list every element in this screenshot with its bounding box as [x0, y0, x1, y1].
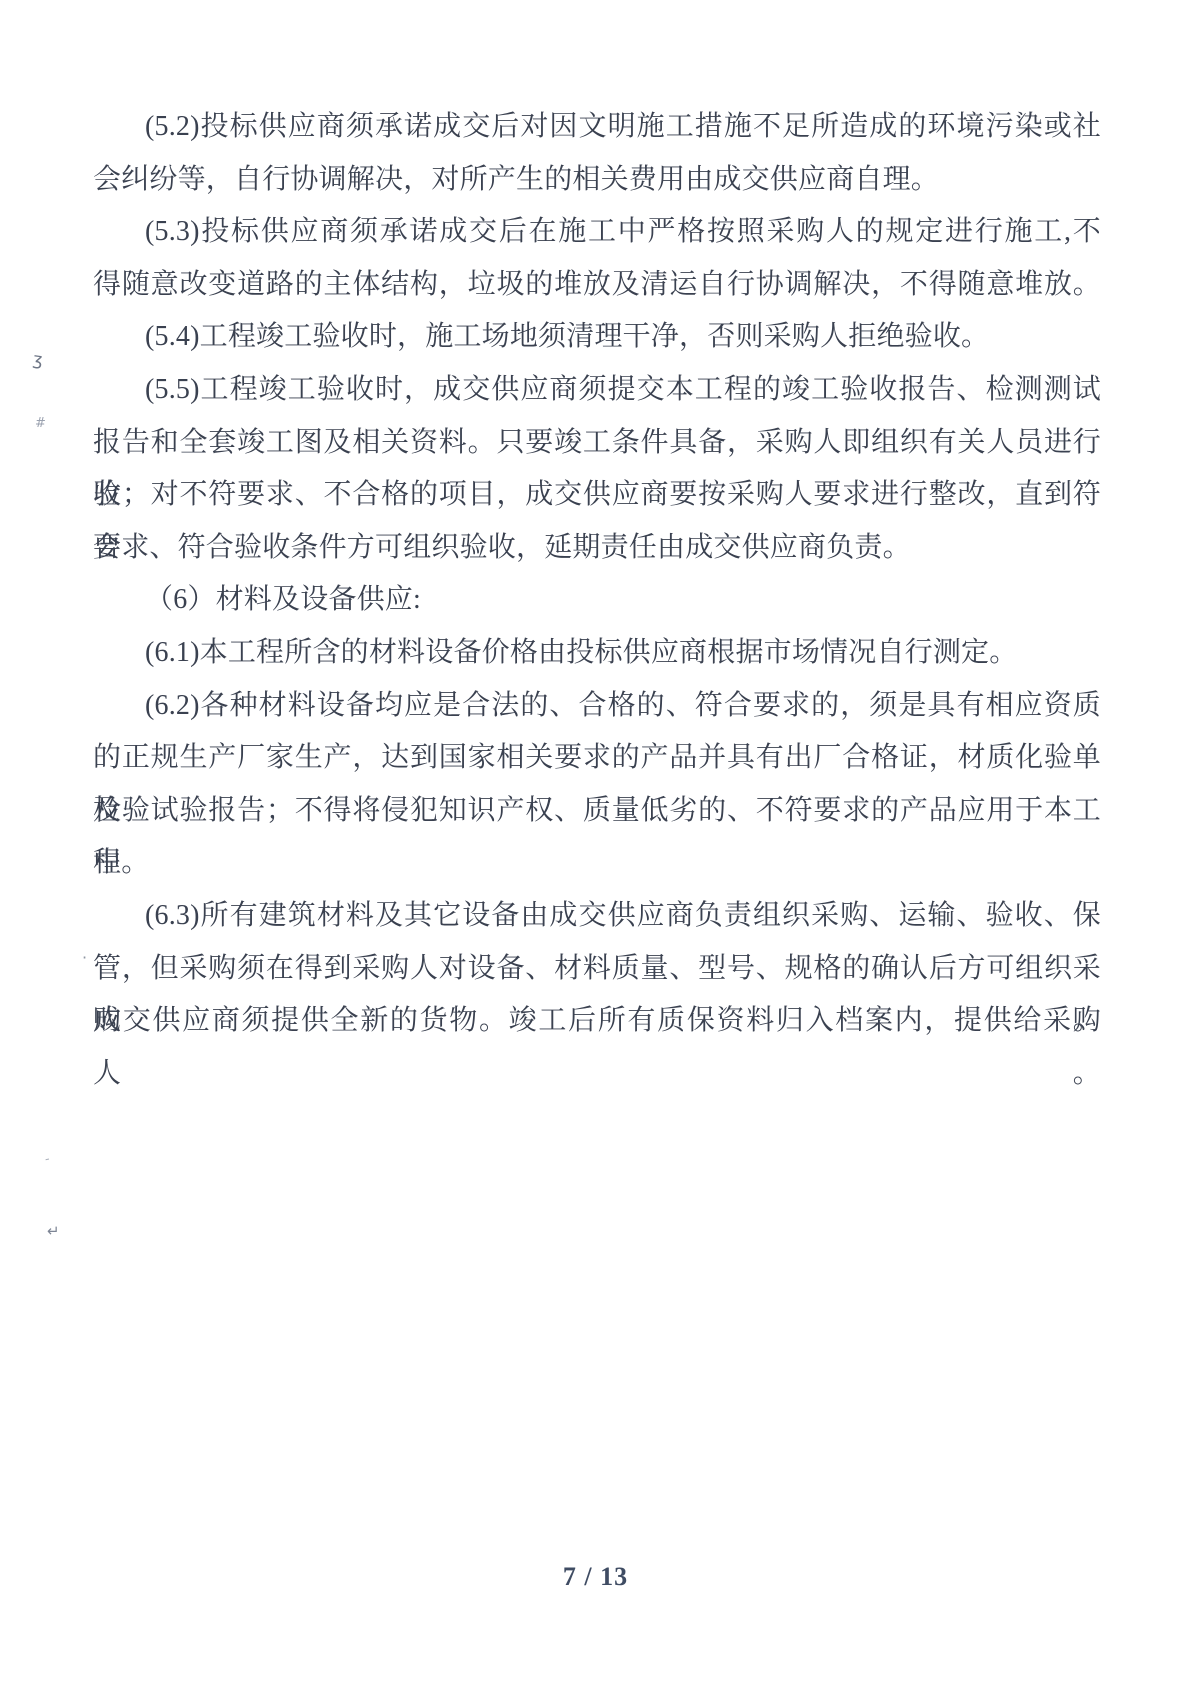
text-line: (5.5)工程竣工验收时，成交供应商须提交本工程的竣工验收报告、检测测试: [93, 364, 1101, 417]
text-line: 收；对不符要求、不合格的项目，成交供应商要按采购人要求进行整改，直到符合: [93, 469, 1101, 522]
scan-artifact-mark: ↵: [47, 1222, 60, 1240]
text-line: (6.2)各种材料设备均应是合法的、合格的、符合要求的，须是具有相应资质: [93, 680, 1101, 733]
paragraph-5-5: (5.5)工程竣工验收时，成交供应商须提交本工程的竣工验收报告、检测测试 报告和…: [93, 364, 1101, 574]
text-line: 会纠纷等，自行协调解决，对所产生的相关费用由成交供应商自理。: [93, 154, 1101, 207]
paragraph-6-2: (6.2)各种材料设备均应是合法的、合格的、符合要求的，须是具有相应资质 的正规…: [93, 680, 1101, 890]
text-line: (5.3)投标供应商须承诺成交后在施工中严格按照采购人的规定进行施工,不: [93, 206, 1101, 259]
text-line: 的正规生产厂家生产，达到国家相关要求的产品并具有出厂合格证，材质化验单及: [93, 732, 1101, 785]
text-line: 成交供应商须提供全新的货物。竣工后所有质保资料归入档案内，提供给采购人。: [93, 995, 1101, 1048]
page-number: 7 / 13: [0, 1562, 1191, 1592]
text-line: (5.4)工程竣工验收时，施工场地须清理干净，否则采购人拒绝验收。: [93, 311, 1101, 364]
scan-artifact-mark: -: [43, 1152, 51, 1168]
scan-artifact-mark: #: [35, 416, 46, 431]
text-line: 报告和全套竣工图及相关资料。只要竣工条件具备，采购人即组织有关人员进行验: [93, 417, 1101, 470]
contract-text-block: (5.2)投标供应商须承诺成交后对因文明施工措施不足所造成的环境污染或社 会纠纷…: [93, 101, 1101, 1048]
text-line: 管，但采购须在得到采购人对设备、材料质量、型号、规格的确认后方可组织采购。: [93, 943, 1101, 996]
paragraph-6-1: (6.1)本工程所含的材料设备价格由投标供应商根据市场情况自行测定。: [93, 627, 1101, 680]
text-line: 得随意改变道路的主体结构，垃圾的堆放及清运自行协调解决，不得随意堆放。: [93, 259, 1101, 312]
document-page: (5.2)投标供应商须承诺成交后对因文明施工措施不足所造成的环境污染或社 会纠纷…: [0, 0, 1191, 1685]
paragraph-5-3: (5.3)投标供应商须承诺成交后在施工中严格按照采购人的规定进行施工,不 得随意…: [93, 206, 1101, 311]
text-line: (6.1)本工程所含的材料设备价格由投标供应商根据市场情况自行测定。: [93, 627, 1101, 680]
text-line: 检验试验报告；不得将侵犯知识产权、质量低劣的、不符要求的产品应用于本工程: [93, 785, 1101, 838]
text-line: 中。: [93, 837, 1101, 890]
text-line: (5.2)投标供应商须承诺成交后对因文明施工措施不足所造成的环境污染或社: [93, 101, 1101, 154]
text-line: (6.3)所有建筑材料及其它设备由成交供应商负责组织采购、运输、验收、保: [93, 890, 1101, 943]
text-line: 要求、符合验收条件方可组织验收，延期责任由成交供应商负责。: [93, 522, 1101, 575]
paragraph-6-heading: （6）材料及设备供应:: [93, 574, 1101, 627]
paragraph-5-4: (5.4)工程竣工验收时，施工场地须清理干净，否则采购人拒绝验收。: [93, 311, 1101, 364]
paragraph-5-2: (5.2)投标供应商须承诺成交后对因文明施工措施不足所造成的环境污染或社 会纠纷…: [93, 101, 1101, 206]
scan-artifact-mark: ·: [82, 948, 87, 967]
text-line: （6）材料及设备供应:: [93, 574, 1101, 627]
scan-artifact-mark: ʒ: [32, 349, 45, 370]
paragraph-6-3: (6.3)所有建筑材料及其它设备由成交供应商负责组织采购、运输、验收、保 管，但…: [93, 890, 1101, 1048]
